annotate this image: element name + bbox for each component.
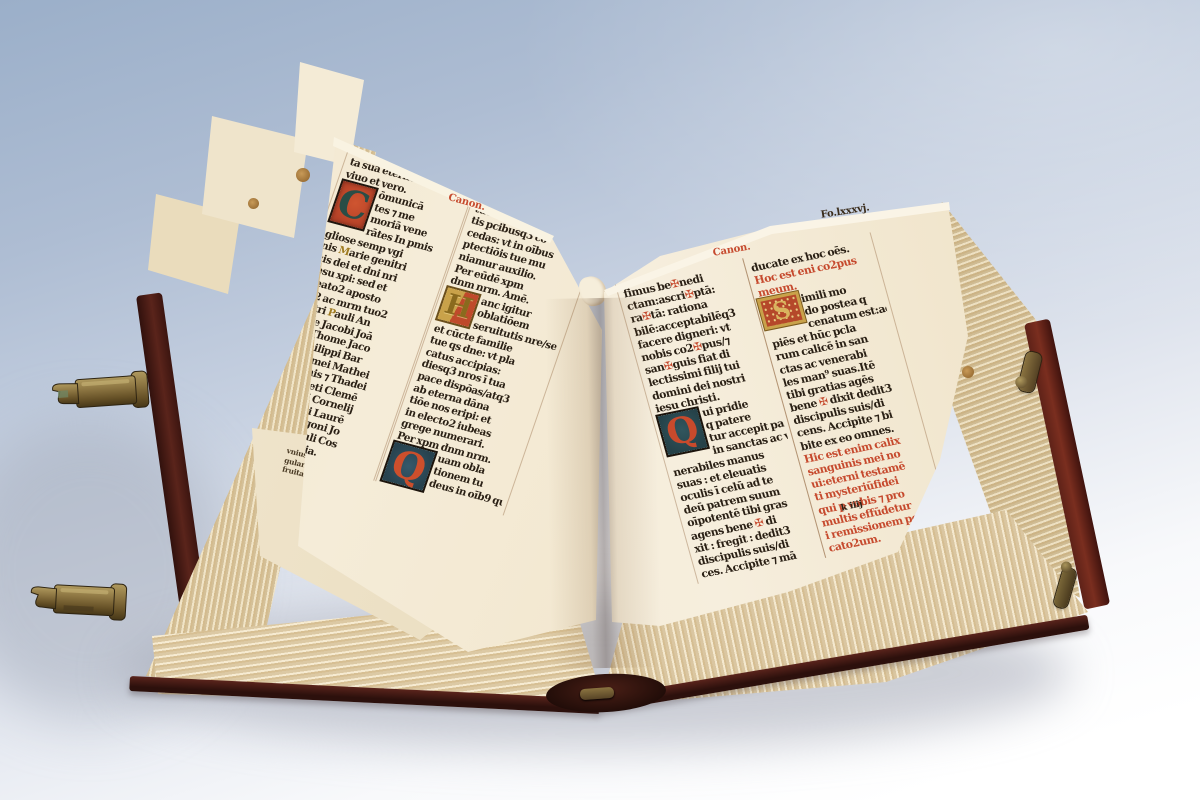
wax-spot [248, 198, 259, 209]
brass-clasp-upper [44, 364, 157, 420]
wax-spot [296, 168, 310, 182]
right-page-text: fimus be✠nedictam:ascri✠ptā:ra✠tā: ratio… [622, 238, 950, 581]
illuminated-initial-Q: Q [658, 408, 708, 455]
gutter-shadow [545, 297, 661, 669]
wax-spot [962, 366, 974, 378]
spine-brass-catch [580, 687, 615, 700]
brass-clasp-lower [23, 573, 135, 627]
illuminated-initial-H: H [437, 287, 479, 327]
manuscript-photo: vnius gularis su fruitate fue ta sua ete… [0, 0, 1200, 800]
